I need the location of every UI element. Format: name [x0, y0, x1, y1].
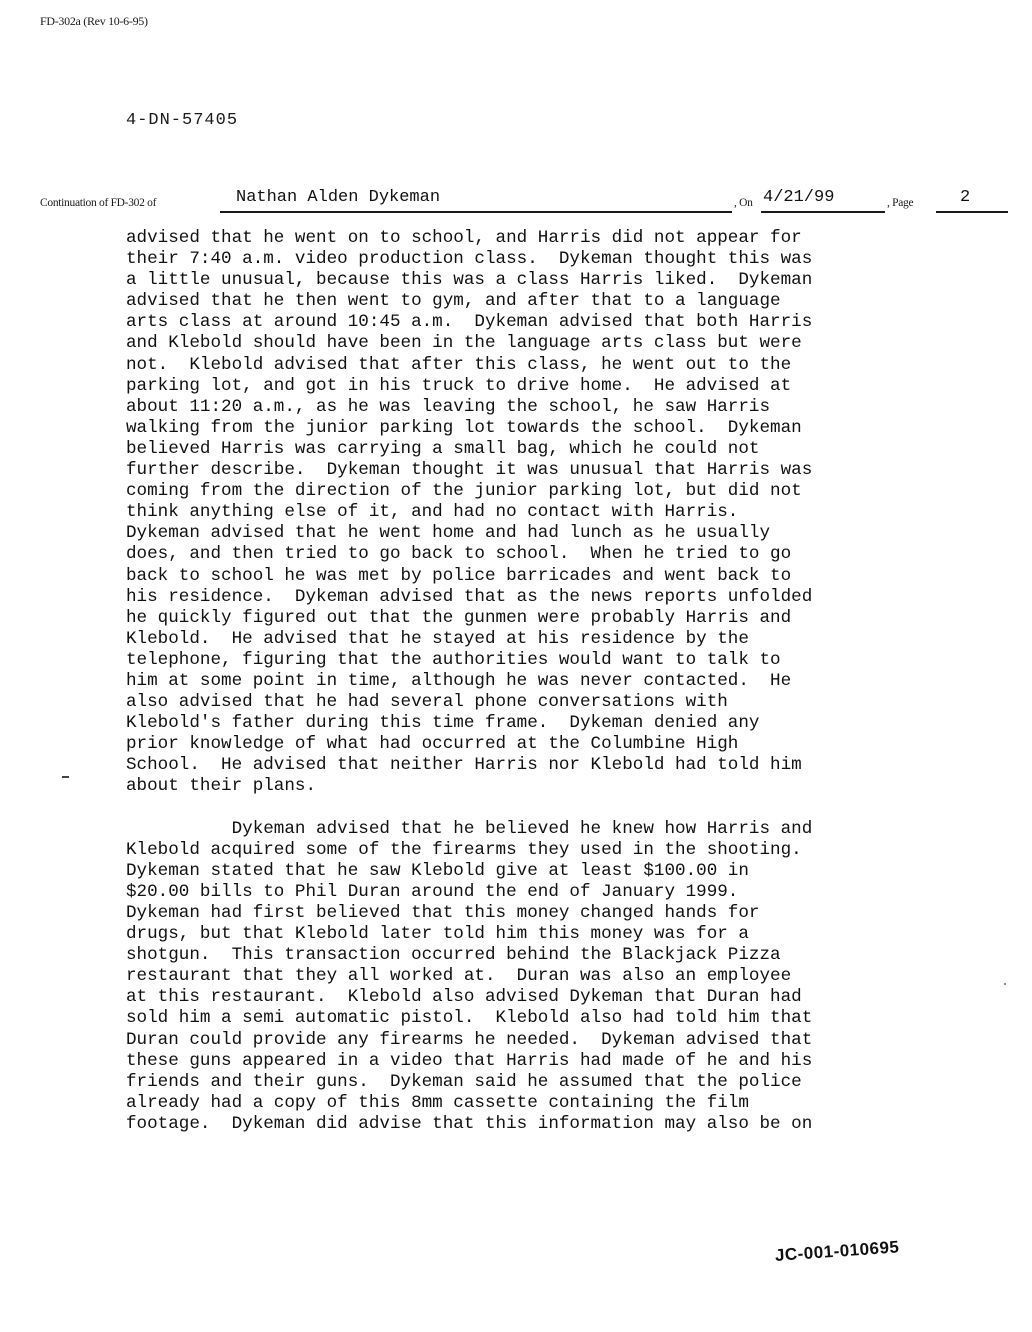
text-line: think anything else of it, and had no co… [126, 502, 956, 523]
text-line: $20.00 bills to Phil Duran around the en… [126, 882, 956, 903]
text-line: also advised that he had several phone c… [126, 692, 956, 713]
file-number: 4-DN-57405 [126, 111, 238, 130]
text-line: advised that he went on to school, and H… [126, 228, 956, 249]
date-label: , On [734, 197, 753, 209]
text-line: a little unusual, because this was a cla… [126, 270, 956, 291]
text-line: not. Klebold advised that after this cla… [126, 355, 956, 376]
text-line: friends and their guns. Dykeman said he … [126, 1072, 956, 1093]
date-field: 4/21/99 [761, 185, 885, 213]
page-number-field: 2 [936, 185, 1008, 213]
continuation-line: Continuation of FD-302 of Nathan Alden D… [40, 183, 1008, 213]
subject-name: Nathan Alden Dykeman [236, 188, 440, 207]
text-line: Duran could provide any firearms he need… [126, 1030, 956, 1051]
text-line: prior knowledge of what had occurred at … [126, 734, 956, 755]
text-line: already had a copy of this 8mm cassette … [126, 1093, 956, 1114]
text-line: does, and then tried to go back to schoo… [126, 544, 956, 565]
text-line: arts class at around 10:45 a.m. Dykeman … [126, 312, 956, 333]
text-line: Dykeman had first believed that this mon… [126, 903, 956, 924]
text-line: Dykeman advised that he went home and ha… [126, 523, 956, 544]
text-line: their 7:40 a.m. video production class. … [126, 249, 956, 270]
text-line: and Klebold should have been in the lang… [126, 333, 956, 354]
text-line: Klebold. He advised that he stayed at hi… [126, 629, 956, 650]
text-line: further describe. Dykeman thought it was… [126, 460, 956, 481]
text-line: believed Harris was carrying a small bag… [126, 439, 956, 460]
page-number: 2 [960, 188, 970, 207]
text-line: parking lot, and got in his truck to dri… [126, 376, 956, 397]
text-line: he quickly figured out that the gunmen w… [126, 608, 956, 629]
text-line: drugs, but that Klebold later told him t… [126, 924, 956, 945]
paragraph-spacer [126, 798, 956, 819]
paragraph-1: advised that he went on to school, and H… [126, 228, 956, 798]
text-line: back to school he was met by police barr… [126, 566, 956, 587]
text-line: walking from the junior parking lot towa… [126, 418, 956, 439]
text-line: about 11:20 a.m., as he was leaving the … [126, 397, 956, 418]
text-line: these guns appeared in a video that Harr… [126, 1051, 956, 1072]
text-line: sold him a semi automatic pistol. Klebol… [126, 1008, 956, 1029]
text-line: telephone, figuring that the authorities… [126, 650, 956, 671]
text-line: his residence. Dykeman advised that as t… [126, 587, 956, 608]
text-line: Dykeman stated that he saw Klebold give … [126, 861, 956, 882]
subject-name-field: Nathan Alden Dykeman [220, 185, 732, 213]
margin-dash-mark [62, 776, 69, 778]
text-line: about their plans. [126, 776, 956, 797]
paragraph-2: Dykeman advised that he believed he knew… [126, 819, 956, 1135]
text-line: Klebold acquired some of the firearms th… [126, 840, 956, 861]
scan-speck [1004, 983, 1006, 985]
text-line: Klebold's father during this time frame.… [126, 713, 956, 734]
text-line: School. He advised that neither Harris n… [126, 755, 956, 776]
interview-date: 4/21/99 [763, 188, 834, 207]
continuation-label: Continuation of FD-302 of [40, 197, 156, 209]
text-line: shotgun. This transaction occurred behin… [126, 945, 956, 966]
text-line: restaurant that they all worked at. Dura… [126, 966, 956, 987]
text-line: Dykeman advised that he believed he knew… [126, 819, 956, 840]
text-line: coming from the direction of the junior … [126, 481, 956, 502]
text-line: footage. Dykeman did advise that this in… [126, 1114, 956, 1135]
text-line: advised that he then went to gym, and af… [126, 291, 956, 312]
report-body: advised that he went on to school, and H… [126, 228, 956, 1135]
text-line: him at some point in time, although he w… [126, 671, 956, 692]
bates-stamp: JC-001-010695 [774, 1237, 900, 1266]
text-line: at this restaurant. Klebold also advised… [126, 987, 956, 1008]
page-label: , Page [887, 197, 913, 209]
form-revision-id: FD-302a (Rev 10-6-95) [40, 14, 148, 29]
